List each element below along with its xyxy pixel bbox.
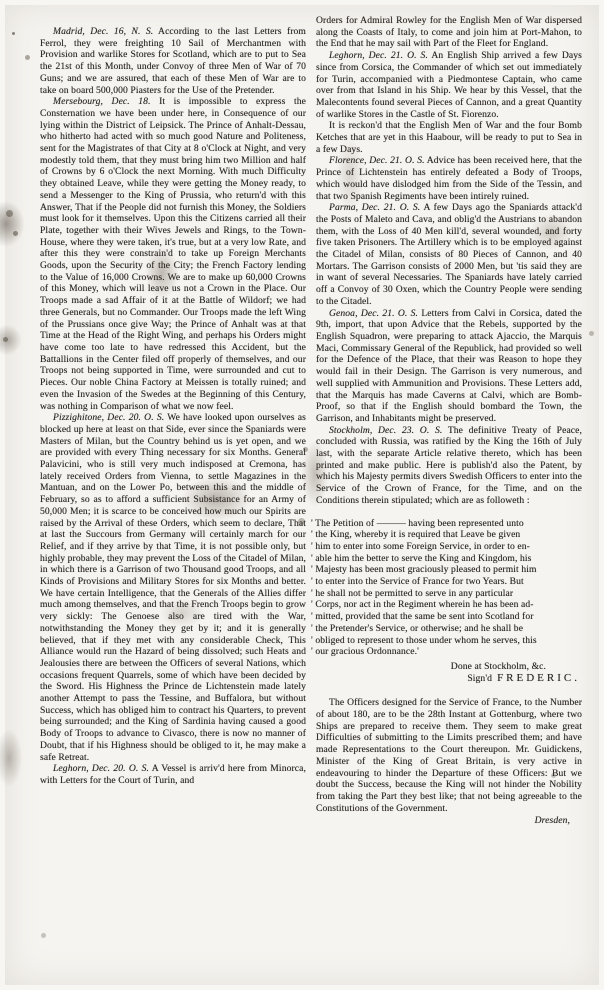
quote-line: ' to enter into the Service of France fo…: [311, 576, 582, 588]
quote-line: ' the King, whereby it is required that …: [311, 529, 582, 541]
dateline: Genoa, Dec. 21. O. S.: [329, 308, 418, 319]
quote-line: ' the Pretender's Service, or otherwise;…: [311, 623, 582, 635]
attribution: Done at Stockholm, &c.Sign'dFREDERIC.: [316, 661, 582, 684]
news-paragraph: Leghorn, Dec. 20. O. S. A Vessel is arri…: [40, 763, 306, 786]
paragraph-text: The definitive Treaty of Peace, conclude…: [316, 425, 582, 506]
quote-line: ' mitted, provided that the same be sent…: [311, 611, 582, 623]
signature-name: FREDERIC.: [497, 672, 580, 684]
quote-line: ' he shall not be permitted to serve in …: [311, 588, 582, 600]
news-paragraph: Orders for Admiral Rowley for the Englis…: [316, 15, 582, 50]
paragraph-text: It is reckon'd that the English Men of W…: [316, 120, 582, 154]
news-paragraph: Parma, Dec. 21. O. S. A few Days ago the…: [316, 202, 582, 307]
paper-flecks: [12, 32, 15, 35]
quote-line: ' our gracious Ordonnance.': [311, 646, 582, 658]
paragraph-text: We have looked upon ourselves as blocked…: [40, 412, 306, 762]
newspaper-scan-page: Madrid, Dec. 16, N. S. According to the …: [0, 0, 604, 990]
news-paragraph: The Officers designed for the Service of…: [316, 697, 582, 814]
quote-line: ' The Petition of ——— having been repres…: [311, 518, 582, 530]
news-paragraph: Florence, Dec. 21. O. S. Advice has been…: [316, 155, 582, 202]
quote-line: ' able him the better to serve the King …: [311, 553, 582, 565]
quoted-ordinance: ' The Petition of ——— having been repres…: [316, 518, 582, 658]
dateline: Leghorn, Dec. 20. O. S.: [53, 763, 149, 774]
left-column: Madrid, Dec. 16, N. S. According to the …: [40, 15, 306, 827]
dateline: Florence, Dec. 21. O. S.: [329, 155, 425, 166]
paragraph-text: Letters from Calvi in Corsica, dated the…: [316, 308, 582, 424]
dateline: Stockholm, Dec. 23. O. S.: [329, 425, 442, 436]
dateline: Parma, Dec. 21. O. S.: [329, 202, 420, 213]
quote-line: ' Corps, nor act in the Regiment wherein…: [311, 599, 582, 611]
news-paragraph: Madrid, Dec. 16, N. S. According to the …: [40, 26, 306, 96]
quote-line: ' him to enter into some Foreign Service…: [311, 541, 582, 553]
right-column: Orders for Admiral Rowley for the Englis…: [316, 15, 582, 827]
paragraph-text: It is impossible to express the Constern…: [40, 96, 306, 411]
quote-line: ' obliged to represent to those under wh…: [311, 635, 582, 647]
dateline: Pizzighitone, Dec. 20. O. S.: [53, 412, 164, 423]
attribution-signature: Sign'dFREDERIC.: [316, 673, 582, 685]
dateline: Mersebourg, Dec. 18.: [53, 96, 151, 107]
text-columns: Madrid, Dec. 16, N. S. According to the …: [0, 0, 604, 827]
news-paragraph: Leghorn, Dec. 21. O. S. An English Ship …: [316, 50, 582, 120]
news-paragraph: Genoa, Dec. 21. O. S. Letters from Calvi…: [316, 308, 582, 425]
news-paragraph: Pizzighitone, Dec. 20. O. S. We have loo…: [40, 412, 306, 763]
paragraph-text: Orders for Admiral Rowley for the Englis…: [316, 15, 582, 49]
news-paragraph: It is reckon'd that the English Men of W…: [316, 120, 582, 155]
news-paragraph: Stockholm, Dec. 23. O. S. The definitive…: [316, 425, 582, 507]
dateline: Leghorn, Dec. 21. O. S.: [329, 50, 428, 61]
sign-label: Sign'd: [467, 673, 492, 684]
quote-line: ' Majesty has been most graciously pleas…: [311, 564, 582, 576]
paragraph-text: The Officers designed for the Service of…: [316, 697, 582, 813]
news-paragraph: Mersebourg, Dec. 18. It is impossible to…: [40, 96, 306, 412]
dateline: Madrid, Dec. 16, N. S.: [53, 26, 153, 37]
catchword: Dresden,: [316, 815, 582, 827]
paragraph-text: A few Days ago the Spaniards attack'd th…: [316, 202, 582, 307]
